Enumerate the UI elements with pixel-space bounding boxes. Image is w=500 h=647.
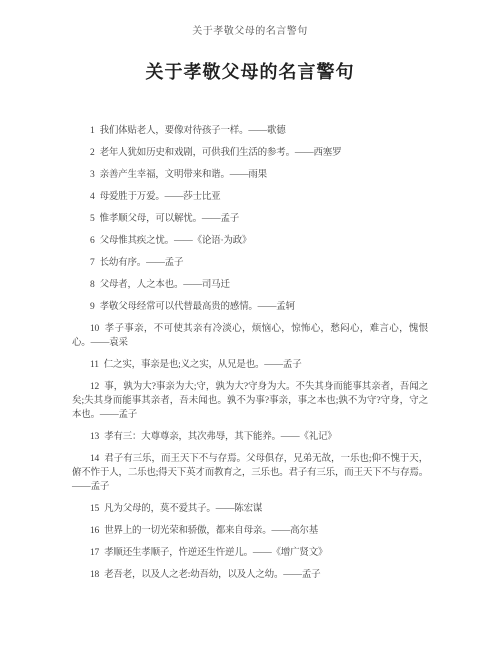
quote-number: 4 [90, 192, 95, 202]
quote-number: 15 [90, 504, 99, 514]
quote-number: 10 [90, 324, 99, 334]
quote-item: 9孝敬父母经常可以代替最高贵的感情。——孟轲 [72, 300, 428, 314]
quote-item: 11仁之实，事亲是也;义之实，从兄是也。——孟子 [72, 358, 428, 372]
quote-item: 1我们体贴老人，要像对待孩子一样。——歌德 [72, 124, 428, 138]
quote-number: 9 [90, 302, 95, 312]
quote-item: 8父母者，人之本也。——司马迁 [72, 278, 428, 292]
quote-item: 12事，孰为大?事亲为大;守，孰为大?守身为大。不失其身而能事其亲者，吾闻之矣;… [72, 380, 428, 422]
quote-item: 4母爱胜于万爱。——莎士比亚 [72, 190, 428, 204]
running-header: 关于孝敬父母的名言警句 [0, 0, 500, 38]
quote-item: 10孝子事亲，不可使其亲有冷淡心，烦恼心，惊怖心，愁闷心，难言心，愧恨心。——袁… [72, 322, 428, 350]
quote-number: 1 [90, 126, 95, 136]
quote-number: 7 [90, 258, 95, 268]
quote-item: 2老年人犹如历史和戏剧，可供我们生活的参考。——西塞罗 [72, 146, 428, 160]
quote-text: 我们体贴老人，要像对待孩子一样。——歌德 [100, 126, 286, 136]
quote-text: 亲善产生幸福，文明带来和谐。——雨果 [100, 170, 267, 180]
document-title: 关于孝敬父母的名言警句 [0, 60, 500, 84]
quote-item: 15凡为父母的，莫不爱其子。——陈宏谋 [72, 502, 428, 516]
quote-text: 母爱胜于万爱。——莎士比亚 [100, 192, 221, 202]
quotes-list: 1我们体贴老人，要像对待孩子一样。——歌德 2老年人犹如历史和戏剧，可供我们生活… [72, 124, 428, 582]
quote-number: 16 [90, 526, 99, 536]
quote-item: 3亲善产生幸福，文明带来和谐。——雨果 [72, 168, 428, 182]
quote-number: 11 [90, 360, 99, 370]
quote-number: 3 [90, 170, 95, 180]
quote-item: 6父母惟其疾之忧。——《论语·为政》 [72, 234, 428, 248]
quote-text: 孝子事亲，不可使其亲有冷淡心，烦恼心，惊怖心，愁闷心，难言心，愧恨心。——袁采 [72, 324, 428, 348]
quote-text: 老年人犹如历史和戏剧，可供我们生活的参考。——西塞罗 [100, 148, 342, 158]
quote-number: 18 [90, 570, 99, 580]
quote-item: 18老吾老，以及人之老:幼吾幼，以及人之幼。——孟子 [72, 568, 428, 582]
quote-text: 凡为父母的，莫不爱其子。——陈宏谋 [104, 504, 262, 514]
quote-text: 惟孝顺父母，可以解忧。——孟子 [100, 214, 240, 224]
quote-text: 长幼有序。——孟子 [100, 258, 184, 268]
quote-number: 12 [90, 382, 99, 392]
quote-number: 6 [90, 236, 95, 246]
quote-text: 孝敬父母经常可以代替最高贵的感情。——孟轲 [100, 302, 295, 312]
quote-number: 13 [90, 432, 99, 442]
quote-text: 世界上的一切光荣和骄傲，都来自母亲。——高尔基 [104, 526, 318, 536]
quote-number: 14 [90, 454, 99, 464]
quote-text: 父母惟其疾之忧。——《论语·为政》 [100, 236, 252, 246]
quote-text: 老吾老，以及人之老:幼吾幼，以及人之幼。——孟子 [104, 570, 320, 580]
quote-text: 孝顺还生孝顺子，忤逆还生忤逆儿。——《增广贤文》 [104, 548, 327, 558]
quote-text: 父母者，人之本也。——司马迁 [100, 280, 230, 290]
quote-item: 14君子有三乐，而王天下不与存焉。父母俱存，兄弟无故，一乐也;仰不愧于天，俯不怍… [72, 452, 428, 494]
quote-item: 17孝顺还生孝顺子，忤逆还生忤逆儿。——《增广贤文》 [72, 546, 428, 560]
quote-text: 君子有三乐，而王天下不与存焉。父母俱存，兄弟无故，一乐也;仰不愧于天，俯不怍于人… [72, 454, 428, 492]
quote-item: 7长幼有序。——孟子 [72, 256, 428, 270]
quote-text: 孝有三：大尊尊亲，其次弗辱，其下能养。——《礼记》 [104, 432, 337, 442]
quote-number: 2 [90, 148, 95, 158]
quote-text: 事，孰为大?事亲为大;守，孰为大?守身为大。不失其身而能事其亲者，吾闻之矣;失其… [72, 382, 428, 420]
document-page: 关于孝敬父母的名言警句 关于孝敬父母的名言警句 1我们体贴老人，要像对待孩子一样… [0, 0, 500, 647]
quote-item: 13孝有三：大尊尊亲，其次弗辱，其下能养。——《礼记》 [72, 430, 428, 444]
quote-text: 仁之实，事亲是也;义之实，从兄是也。——孟子 [104, 360, 302, 370]
quote-item: 16世界上的一切光荣和骄傲，都来自母亲。——高尔基 [72, 524, 428, 538]
quote-number: 17 [90, 548, 99, 558]
quote-item: 5惟孝顺父母，可以解忧。——孟子 [72, 212, 428, 226]
quote-number: 8 [90, 280, 95, 290]
quote-number: 5 [90, 214, 95, 224]
